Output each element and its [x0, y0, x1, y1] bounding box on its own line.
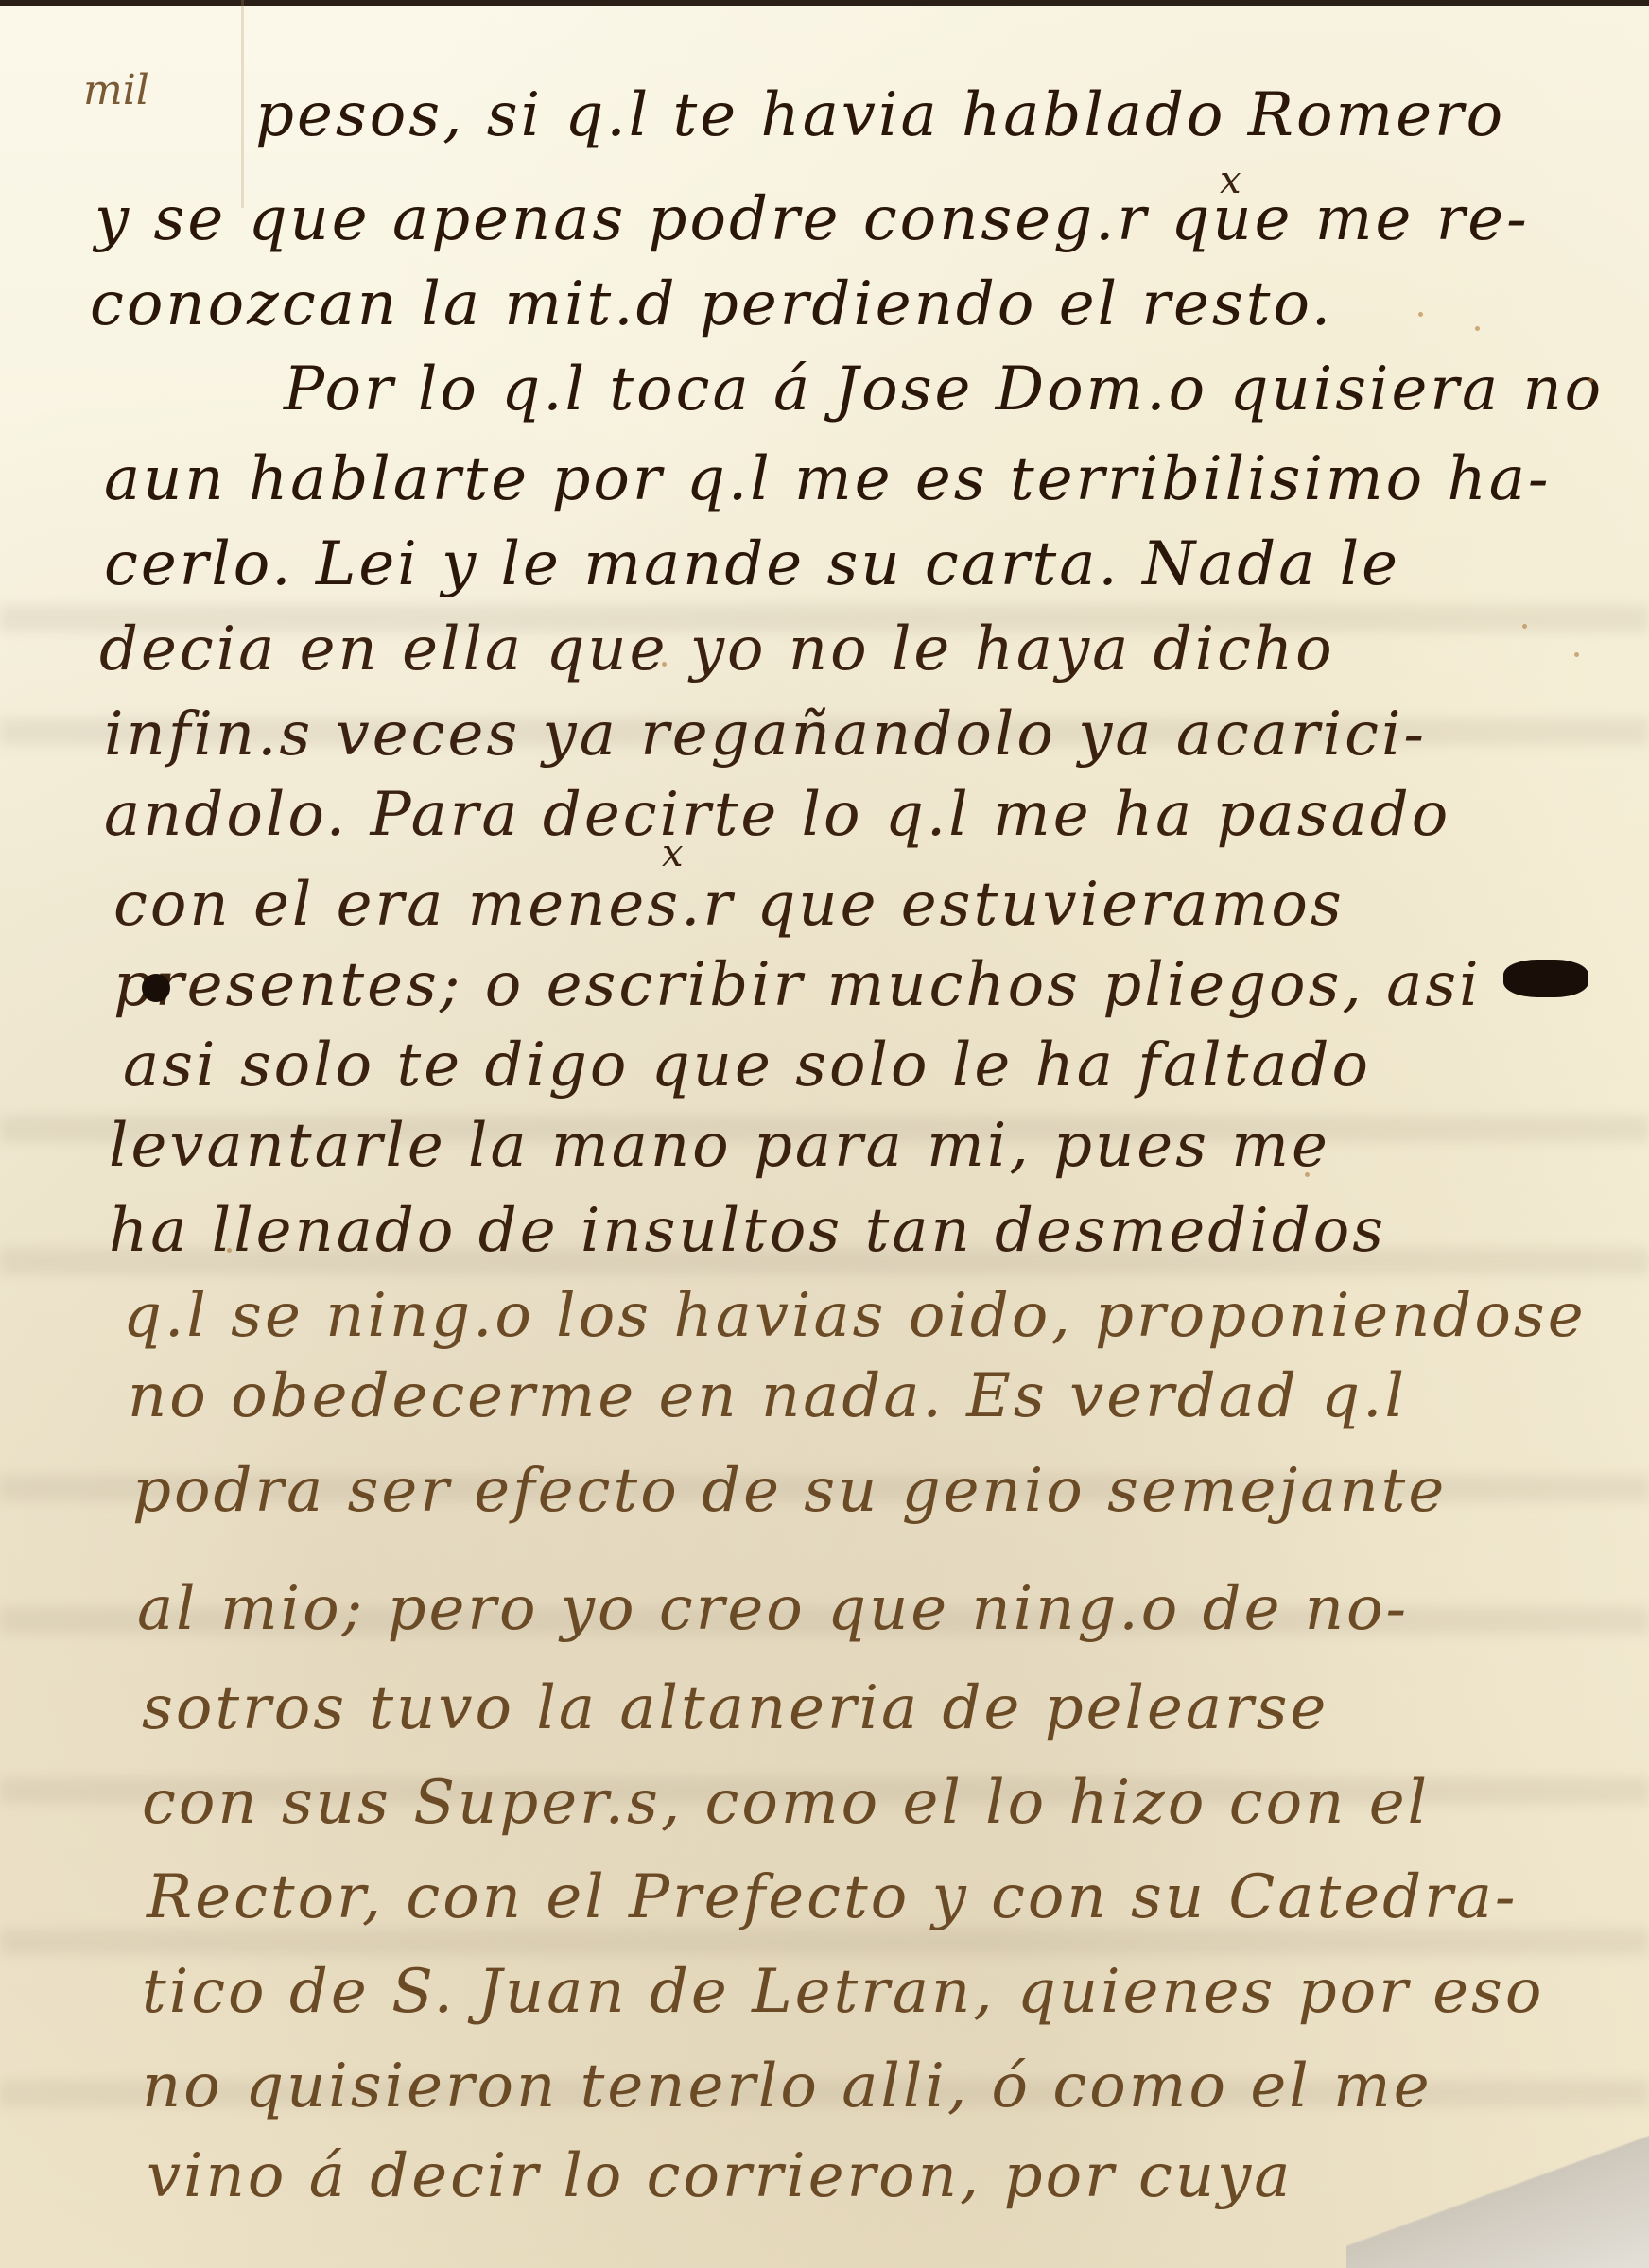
- text-line-10: con el era menes.r que estuvieramos: [113, 874, 1345, 935]
- ink-blot: [1503, 960, 1588, 997]
- ink-blot: [142, 974, 170, 1002]
- text-line-4: Por lo q.l toca á Jose Dom.o quisiera no: [284, 359, 1604, 420]
- text-line-17: podra ser efecto de su genio semejante: [132, 1461, 1447, 1521]
- text-line-2: y se que apenas podre conseg.r que me re…: [95, 189, 1530, 250]
- text-line-18: al mio; pero yo creo que ning.o de no-: [137, 1579, 1409, 1639]
- manuscript-page: mil pesos, si q.l te havia hablado Romer…: [0, 0, 1649, 2268]
- text-line-19: sotros tuvo la altaneria de pelearse: [142, 1678, 1328, 1739]
- foxing-spot: [1588, 378, 1593, 383]
- margin-word: mil: [83, 66, 149, 114]
- text-line-5: aun hablarte por q.l me es terribilisimo…: [104, 449, 1551, 510]
- text-line-22: tico de S. Juan de Letran, quienes por e…: [142, 1962, 1544, 2022]
- text-line-9: andolo. Para decirte lo q.l me ha pasado: [104, 785, 1450, 845]
- text-line-16: no obedecerme en nada. Es verdad q.l: [128, 1366, 1407, 1427]
- text-line-1: pesos, si q.l te havia hablado Romero: [255, 85, 1505, 146]
- foxing-spot: [1418, 312, 1423, 317]
- page-top-edge: [0, 0, 1649, 6]
- foxing-spot: [227, 1248, 232, 1253]
- text-line-24: vino á decir lo corrieron, por cuya: [147, 2146, 1293, 2207]
- foxing-spot: [1305, 1172, 1310, 1177]
- foxing-spot: [1475, 326, 1480, 331]
- foxing-spot: [662, 662, 667, 667]
- paper-fold-crease: [241, 0, 244, 208]
- text-line-21: Rector, con el Prefecto y con su Catedra…: [147, 1867, 1518, 1928]
- text-line-7: decia en ella que yo no le haya dicho: [99, 619, 1335, 680]
- foxing-spot: [1522, 624, 1527, 629]
- text-line-3: conozcan la mit.d perdiendo el resto.: [90, 274, 1333, 335]
- text-line-8: infin.s veces ya regañandolo ya acarici-: [104, 704, 1427, 765]
- text-line-20: con sus Super.s, como el lo hizo con el: [142, 1773, 1430, 1833]
- ink-bleed-through: [0, 1929, 1649, 1955]
- text-line-13: levantarle la mano para mi, pues me: [109, 1116, 1330, 1176]
- text-line-12: asi solo te digo que solo le ha faltado: [123, 1035, 1371, 1096]
- foxing-spot: [1574, 652, 1579, 657]
- text-line-14: ha llenado de insultos tan desmedidos: [109, 1201, 1386, 1261]
- text-line-23: no quisieron tenerlo alli, ó como el me: [142, 2056, 1432, 2117]
- text-line-6: cerlo. Lei y le mande su carta. Nada le: [104, 534, 1400, 595]
- text-line-15: q.l se ning.o los havias oido, proponien…: [123, 1286, 1587, 1346]
- folded-corner: [1346, 2136, 1649, 2268]
- text-line-11: presentes; o escribir muchos pliegos, as…: [113, 955, 1482, 1015]
